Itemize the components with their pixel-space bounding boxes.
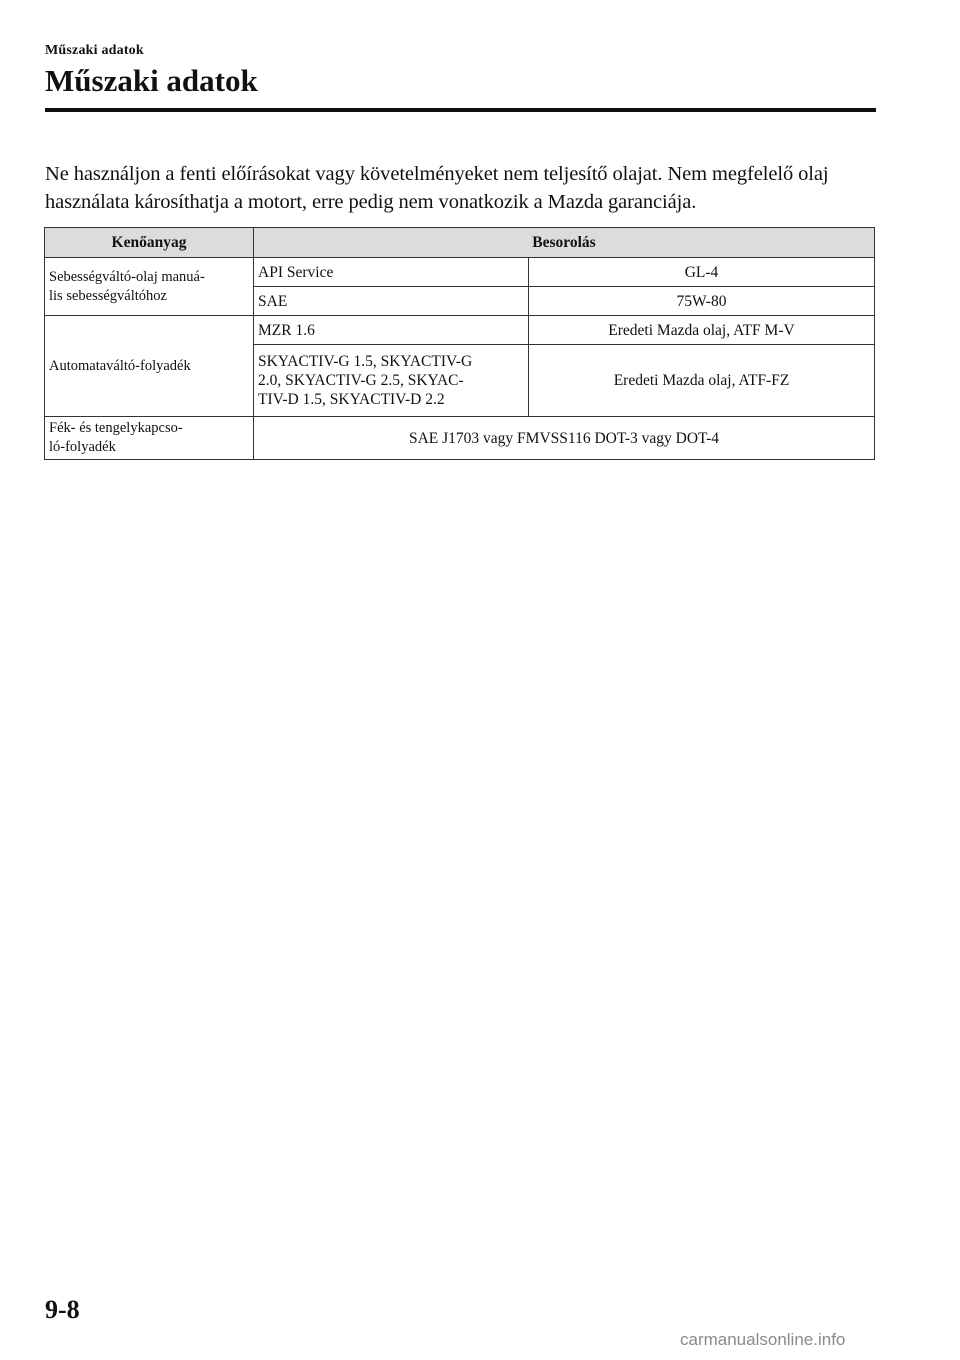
lubricant-line: ló-folyadék [49,439,116,455]
lubricant-cell: Fék- és tengelykapcso- ló-folyadék [45,417,254,460]
table-row: Sebességváltó-olaj manuá- lis sebességvá… [45,258,875,287]
spec-cell: SKYACTIV-G 1.5, SKYACTIV-G 2.0, SKYACTIV… [254,345,529,417]
value-cell: 75W-80 [529,287,875,316]
value-cell: SAE J1703 vagy FMVSS116 DOT-3 vagy DOT-4 [254,417,875,460]
running-head: Műszaki adatok [45,43,144,59]
header-classification: Besorolás [254,228,875,258]
title-rule [45,108,876,112]
table-header-row: Kenőanyag Besorolás [45,228,875,258]
table-row: Automataváltó-folyadék MZR 1.6 Eredeti M… [45,316,875,345]
page-number: 9-8 [45,1295,80,1325]
value-cell: Eredeti Mazda olaj, ATF-FZ [529,345,875,417]
lubricant-line: lis sebességváltóhoz [49,288,167,304]
spec-cell: SAE [254,287,529,316]
lubricant-line: Fék- és tengelykapcso- [49,420,183,436]
spec-line: 2.0, SKYACTIV-G 2.5, SKYAC- [258,372,464,389]
lubricant-line: Sebességváltó-olaj manuá- [49,269,205,285]
intro-paragraph: Ne használjon a fenti előírásokat vagy k… [45,160,885,216]
value-cell: GL-4 [529,258,875,287]
page-title: Műszaki adatok [45,63,258,99]
lubricant-cell: Automataváltó-folyadék [45,316,254,417]
spec-cell: API Service [254,258,529,287]
table-row: Fék- és tengelykapcso- ló-folyadék SAE J… [45,417,875,460]
value-cell: Eredeti Mazda olaj, ATF M-V [529,316,875,345]
spec-line: TIV-D 1.5, SKYACTIV-D 2.2 [258,391,445,408]
lubricant-cell: Sebességváltó-olaj manuá- lis sebességvá… [45,258,254,316]
spec-line: SKYACTIV-G 1.5, SKYACTIV-G [258,353,472,370]
lubricant-spec-table: Kenőanyag Besorolás Sebességváltó-olaj m… [44,227,875,460]
watermark: carmanualsonline.info [680,1330,845,1350]
header-lubricant: Kenőanyag [45,228,254,258]
spec-cell: MZR 1.6 [254,316,529,345]
